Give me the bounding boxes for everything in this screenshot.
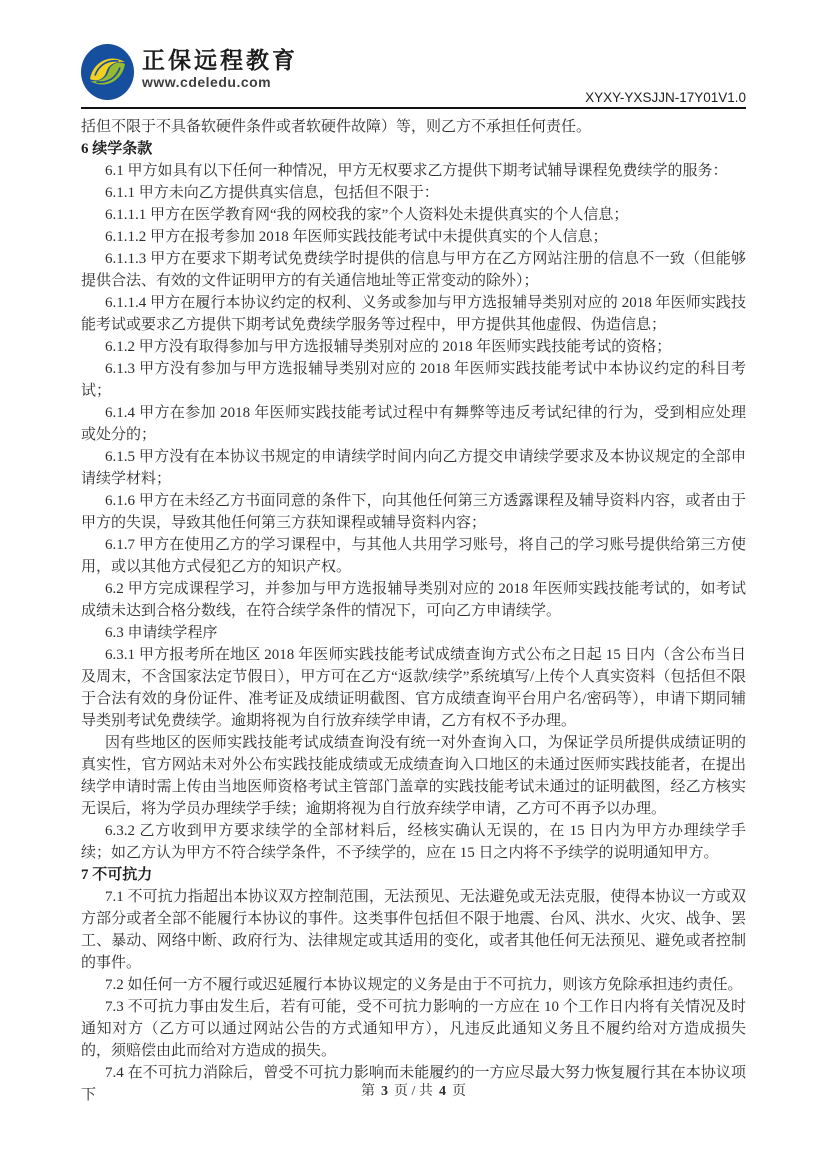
total-page-number: 4 [439,1084,446,1099]
clause-6-3: 6.3 申请续学程序 [81,622,746,644]
clause-7-1: 7.1 不可抗力指超出本协议双方控制范围，无法预见、无法避免或无法克服，使得本协… [81,886,746,974]
clause-6-1: 6.1 甲方如具有以下任何一种情况，甲方无权要求乙方提供下期考试辅导课程免费续学… [81,160,746,182]
clause-6-1-4: 6.1.4 甲方在参加 2018 年医师实践技能考试过程中有舞弊等违反考试纪律的… [81,402,746,446]
contract-body: 括但不限于不具备软硬件条件或者软硬件故障）等，则乙方不承担任何责任。 6 续学条… [81,116,746,1106]
footer-label-mid: 页 / 共 [394,1084,433,1099]
clause-6-1-7: 6.1.7 甲方在使用乙方的学习课程中，与其他人共用学习账号，将自己的学习账号提… [81,534,746,578]
cdel-logo-icon [81,44,134,100]
footer-label-prefix: 第 [361,1084,375,1099]
header-divider [81,107,746,109]
clause-6-1-6: 6.1.6 甲方在未经乙方书面同意的条件下，向其他任何第三方透露课程及辅导资料内… [81,490,746,534]
brand-website: www.cdeledu.com [142,73,298,91]
clause-6-1-1: 6.1.1 甲方未向乙方提供真实信息，包括但不限于： [81,182,746,204]
document-code: XYXY-YXSJJN-17Y01V1.0 [585,90,746,105]
clause-6-1-1-1: 6.1.1.1 甲方在医学教育网“我的网校我的家”个人资料处未提供真实的个人信息… [81,204,746,226]
document-page: 正保远程教育 www.cdeledu.com XYXY-YXSJJN-17Y01… [0,0,827,1169]
brand-name: 正保远程教育 [142,47,298,73]
section-6-heading: 6 续学条款 [81,138,746,160]
clause-6-1-2: 6.1.2 甲方没有取得参加与甲方选报辅导类别对应的 2018 年医师实践技能考… [81,336,746,358]
clause-7-2: 7.2 如任何一方不履行或迟延履行本协议规定的义务是由于不可抗力，则该方免除承担… [81,974,746,996]
clause-6-3-1: 6.3.1 甲方报考所在地区 2018 年医师实践技能考试成绩查询方式公布之日起… [81,644,746,732]
clause-6-1-1-2: 6.1.1.2 甲方在报考参加 2018 年医师实践技能考试中未提供真实的个人信… [81,226,746,248]
clause-6-3-2: 6.3.2 乙方收到甲方要求续学的全部材料后，经核实确认无误的，在 15 日内为… [81,820,746,864]
page-header: 正保远程教育 www.cdeledu.com XYXY-YXSJJN-17Y01… [81,44,746,107]
clause-7-3: 7.3 不可抗力事由发生后，若有可能，受不可抗力影响的一方应在 10 个工作日内… [81,996,746,1062]
logo-text: 正保远程教育 www.cdeledu.com [142,44,298,91]
clause-6-2: 6.2 甲方完成课程学习，并参加与甲方选报辅导类别对应的 2018 年医师实践技… [81,578,746,622]
clause-6-1-3: 6.1.3 甲方没有参加与甲方选报辅导类别对应的 2018 年医师实践技能考试中… [81,358,746,402]
clause-6-3-1-note: 因有些地区的医师实践技能考试成绩查询没有统一对外查询入口，为保证学员所提供成绩证… [81,732,746,820]
current-page-number: 3 [381,1084,388,1099]
page-footer: 第3页 / 共4页 [0,1080,827,1100]
clause-6-1-1-3: 6.1.1.3 甲方在要求下期考试免费续学时提供的信息与甲方在乙方网站注册的信息… [81,248,746,292]
continued-text: 括但不限于不具备软硬件条件或者软硬件故障）等，则乙方不承担任何责任。 [81,116,746,138]
clause-6-1-5: 6.1.5 甲方没有在本协议书规定的申请续学时间内向乙方提交申请续学要求及本协议… [81,446,746,490]
clause-6-1-1-4: 6.1.1.4 甲方在履行本协议约定的权利、义务或参加与甲方选报辅导类别对应的 … [81,292,746,336]
footer-label-suffix: 页 [452,1084,466,1099]
section-7-heading: 7 不可抗力 [81,864,746,886]
